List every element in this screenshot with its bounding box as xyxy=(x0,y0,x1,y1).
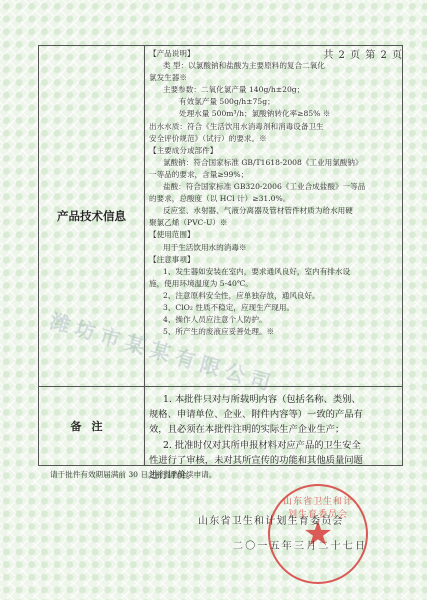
text-line: 3、ClO₂ 性质不稳定，应现生产现用。 xyxy=(149,302,398,314)
text-line: 【产品说明】 xyxy=(149,48,398,60)
text-line: 主要参数：二氧化氯产量 140g/h±20g； xyxy=(149,84,398,96)
text-line: 4、操作人员应注意个人防护。 xyxy=(149,314,398,326)
text-line: 1、发生器如安装在室内，要求通风良好，室内有排水设 xyxy=(149,266,398,278)
text-line: 2. 批准时仅对其所申报材料对应产品的卫生安全 xyxy=(149,438,398,453)
official-seal: 山东省卫生和计划生育委员会 ★ xyxy=(268,484,368,584)
remarks-label: 备注 xyxy=(39,386,145,465)
issuing-authority: 山东省卫生和计划生育委员会 xyxy=(198,512,344,527)
text-line: 2、注意原料安全性，应单独存放，通风良好。 xyxy=(149,290,398,302)
text-line: 出水水质：符合《生活饮用水消毒剂和消毒设备卫生 xyxy=(149,121,398,133)
text-line: 处理水量 500m³/h；氯酸钠转化率≥85% ※ xyxy=(149,108,398,120)
text-line: 一等品的要求，含量≥99%； xyxy=(149,169,398,181)
text-line: 安全评价规范》（试行）的要求。※ xyxy=(149,133,398,145)
text-line: 【注意事项】 xyxy=(149,254,398,266)
text-line: 性进行了审核，未对其所宣传的功能和其他质量问题 xyxy=(149,453,398,468)
text-line: 施，使用环境温度为 5-40℃。 xyxy=(149,278,398,290)
renewal-footnote: 请于批件有效期届满前 30 日之前提出延续申请。 xyxy=(50,469,216,480)
text-line: 规格、申请单位、企业、附件内容等）一致的产品有 xyxy=(149,407,398,422)
approval-table: 产品技术信息 【产品说明】类 型：以氯酸钠和盐酸为主要原料的复合二氧化氯发生器※… xyxy=(38,45,403,466)
text-line: 【主要成分或部件】 xyxy=(149,145,398,157)
text-line: 氯发生器※ xyxy=(149,72,398,84)
text-line: 氯酸钠：符合国家标准 GB/T1618-2008《工业用氯酸钠》 xyxy=(149,157,398,169)
text-line: 5、所产生的废液应妥善处理。※ xyxy=(149,326,398,338)
text-line: 用于生活饮用水的消毒※ xyxy=(149,242,398,254)
product-info-content: 【产品说明】类 型：以氯酸钠和盐酸为主要原料的复合二氧化氯发生器※主要参数：二氧… xyxy=(145,46,402,386)
text-line: 1. 本批件只对与所载明内容（包括名称、类别、 xyxy=(149,392,398,407)
remarks-content: 1. 本批件只对与所载明内容（包括名称、类别、规格、申请单位、企业、附件内容等）… xyxy=(145,386,402,465)
text-line: 效，且必须在本批件注明的实际生产企业生产； xyxy=(149,422,398,437)
remarks-row: 备注 1. 本批件只对与所载明内容（包括名称、类别、规格、申请单位、企业、附件内… xyxy=(39,386,402,465)
text-line: 盐酸：符合国家标准 GB320-2006《工业合成盐酸》一等品 xyxy=(149,181,398,193)
issue-date: 二〇一五年三月二十七日 xyxy=(233,537,367,552)
text-line: 的要求，总酸度（以 HCl 计）≥31.0%。 xyxy=(149,193,398,205)
text-line: 反应室、水射器、气液分离器及管材管件材质为给水用硬 xyxy=(149,205,398,217)
product-info-row: 产品技术信息 【产品说明】类 型：以氯酸钠和盐酸为主要原料的复合二氧化氯发生器※… xyxy=(39,46,402,387)
product-info-label: 产品技术信息 xyxy=(39,46,145,386)
text-line: 聚氯乙烯（PVC-U）※ xyxy=(149,217,398,229)
text-line: 类 型：以氯酸钠和盐酸为主要原料的复合二氧化 xyxy=(149,60,398,72)
text-line: 有效氯产量 500g/h±75g； xyxy=(149,96,398,108)
text-line: 【使用范围】 xyxy=(149,229,398,241)
